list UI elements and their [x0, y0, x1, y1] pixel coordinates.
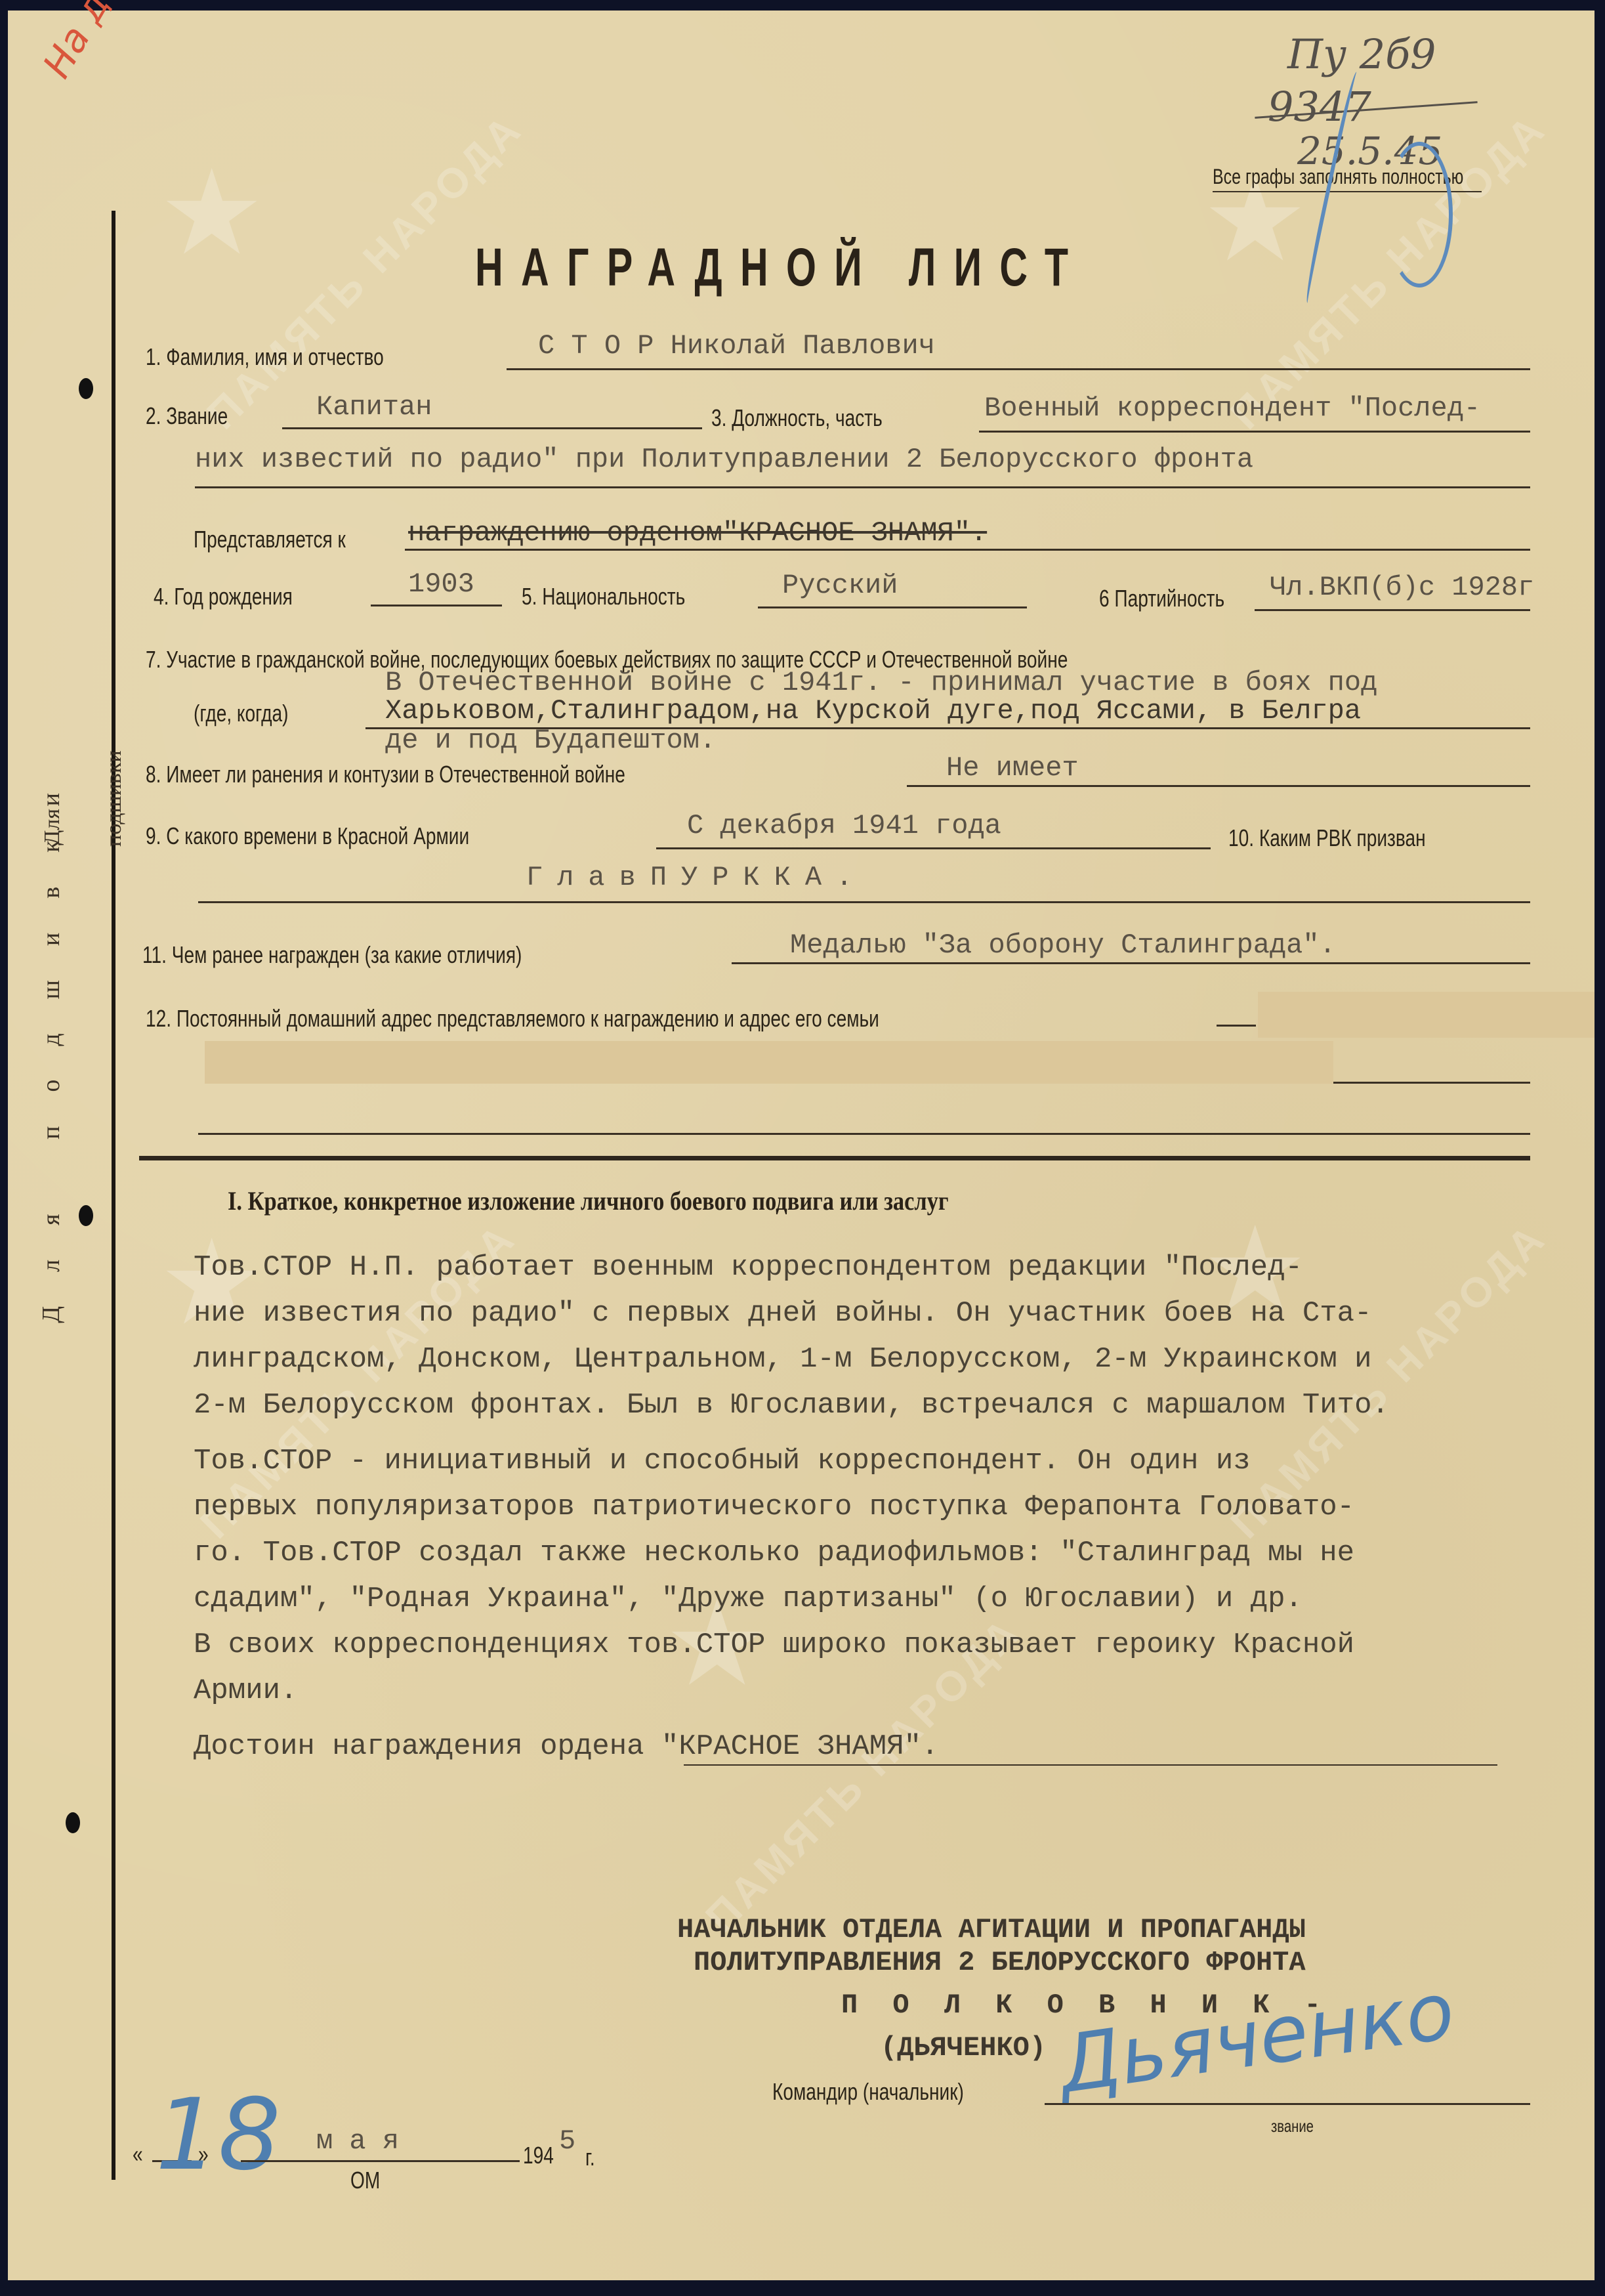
signer-title-line1: НАЧАЛЬНИК ОТДЕЛА АГИТАЦИИ И ПРОПАГАНДЫ — [677, 1914, 1306, 1945]
commander-underline — [1045, 2103, 1530, 2105]
section-text-line: В своих корреспонденциях тов.СТОР широко… — [194, 1628, 1354, 1661]
redacted-address-block — [205, 1041, 1333, 1084]
section-heading: I. Краткое, конкретное изложение личного… — [228, 1185, 948, 1216]
field-2-underline — [282, 427, 702, 429]
field-1-value: С Т О Р Николай Павлович — [538, 330, 935, 362]
section-text-line: линградском, Донском, Центральном, 1-м Б… — [194, 1343, 1372, 1376]
field-6-value: Чл.ВКП(б)с 1928г — [1270, 572, 1534, 603]
field-11-underline — [732, 962, 1530, 964]
field-11-label: 11. Чем ранее награжден (за какие отличи… — [142, 941, 522, 969]
date-month: м а я — [316, 2125, 399, 2157]
punch-hole — [66, 1812, 80, 1833]
punch-hole — [79, 1205, 93, 1226]
date-year-prefix: 194 — [523, 2142, 554, 2169]
field-2-label: 2. Звание — [146, 402, 228, 430]
rank-caption: звание — [1271, 2116, 1314, 2137]
field-3-underline — [979, 431, 1530, 433]
commander-label: Командир (начальник) — [772, 2078, 964, 2106]
field-10-underline — [198, 901, 1530, 903]
field-12-underline — [1333, 1082, 1530, 1084]
field-3-label: 3. Должность, часть — [711, 404, 883, 432]
date-month-underline — [241, 2160, 520, 2162]
field-5-underline — [758, 606, 1027, 608]
punch-hole — [79, 378, 93, 399]
field-9-underline — [656, 847, 1211, 849]
field-2-value: Капитан — [316, 391, 432, 423]
award-sheet-page: ★ ПАМЯТЬ НАРОДА ★ ПАМЯТЬ НАРОДА ★ ПАМЯТЬ… — [8, 11, 1595, 2280]
document-title: НАГРАДНОЙ ЛИСТ — [475, 237, 1086, 299]
date-year-suffix: г. — [585, 2144, 595, 2171]
field-8-label: 8. Имеет ли ранения и контузии в Отечест… — [146, 761, 625, 788]
field-9-value: С декабря 1941 года — [687, 810, 1001, 841]
field-7-value-line3: де и под Будапештом. — [385, 725, 716, 756]
field-12-label: 12. Постоянный домашний адрес представля… — [146, 1005, 879, 1032]
field-8-value: Не имеет — [946, 752, 1079, 784]
section-text-line: Достоин награждения ордена "КРАСНОЕ ЗНАМ… — [194, 1730, 938, 1763]
section-text-line: го. Тов.СТОР создал также несколько ради… — [194, 1537, 1354, 1569]
field-1-label: 1. Фамилия, имя и отчество — [146, 343, 384, 371]
section-text-line: сдадим", "Родная Украина", "Друже партиз… — [194, 1583, 1303, 1615]
watermark-star-icon: ★ — [159, 155, 264, 273]
registry-number-1: Пу 2б9 — [1287, 30, 1436, 78]
field-4-label: 4. Год рождения — [154, 583, 293, 610]
section-text-line: 2-м Белорусском фронтах. Был в Югославии… — [194, 1389, 1389, 1422]
signer-name: (ДЬЯЧЕНКО) — [881, 2032, 1046, 2064]
field-5-value: Русский — [782, 570, 898, 601]
field-10-value: ГлавПУРККА. — [526, 862, 867, 893]
field-7-value-line2: Харьковом,Сталинградом,на Курской дуге,п… — [385, 695, 1361, 727]
date-close-quote: » — [198, 2140, 209, 2168]
section-text-line: Тов.СТОР Н.П. работает военным корреспон… — [194, 1251, 1303, 1284]
field-12-underline-start — [1217, 1025, 1256, 1027]
field-4-underline — [371, 605, 502, 606]
field-3-value-line2: них известий по радио" при Политуправлен… — [195, 444, 1253, 475]
nominated-label: Представляется к — [194, 526, 346, 553]
binding-margin-line — [112, 211, 115, 2180]
nominated-value: награждению орденом"КРАСНОЕ ЗНАМЯ". — [408, 517, 987, 549]
field-6-label: 6 Партийность — [1099, 585, 1224, 612]
redacted-address-block — [1258, 992, 1595, 1038]
date-month-sub: ОМ — [350, 2167, 380, 2194]
field-5-label: 5. Национальность — [522, 583, 685, 610]
date-year-digit: 5 — [559, 2125, 575, 2157]
field-10-label: 10. Каким РВК призван — [1228, 824, 1426, 852]
side-label-for-binding: Для подшивки — [64, 765, 103, 889]
signer-title-line2: ПОЛИТУПРАВЛЕНИЯ 2 БЕЛОРУССКОГО ФРОНТА — [694, 1947, 1306, 1978]
nominated-underline — [405, 549, 1530, 551]
date-day: 18 — [156, 2078, 281, 2192]
section-text-line: Армии. — [194, 1674, 297, 1707]
field-7-label-where-when: (где, когда) — [194, 700, 288, 727]
side-label-vertical: Для подшивки — [37, 759, 66, 1323]
handwritten-signature: Дьяченко — [1053, 1966, 1459, 2112]
field-11-value: Медалью "За оборону Сталинграда". — [790, 929, 1336, 961]
field-3-value-line1: Военный корреспондент "Послед- — [984, 393, 1480, 424]
section-text-line: первых популяризаторов патриотического п… — [194, 1491, 1354, 1523]
section-text-line: ние известия по радио" с первых дней вой… — [194, 1297, 1372, 1330]
blue-pencil-mark — [1386, 142, 1453, 287]
field-3-underline-2 — [195, 486, 1530, 488]
field-9-label: 9. С какого времени в Красной Армии — [146, 822, 469, 850]
field-1-underline — [507, 368, 1530, 370]
closing-underline — [684, 1764, 1497, 1766]
red-handwritten-note: На доклад — [34, 0, 178, 85]
field-12-underline-2 — [198, 1133, 1530, 1135]
section-separator — [139, 1156, 1530, 1160]
field-7-value-line1: В Отечественной войне с 1941г. - принима… — [385, 667, 1377, 698]
date-open-quote: « — [133, 2140, 143, 2168]
field-4-value: 1903 — [408, 568, 474, 600]
field-8-underline — [907, 785, 1530, 787]
section-text-line: Тов.СТОР - инициативный и способный корр… — [194, 1445, 1251, 1478]
field-6-underline — [1255, 609, 1530, 611]
